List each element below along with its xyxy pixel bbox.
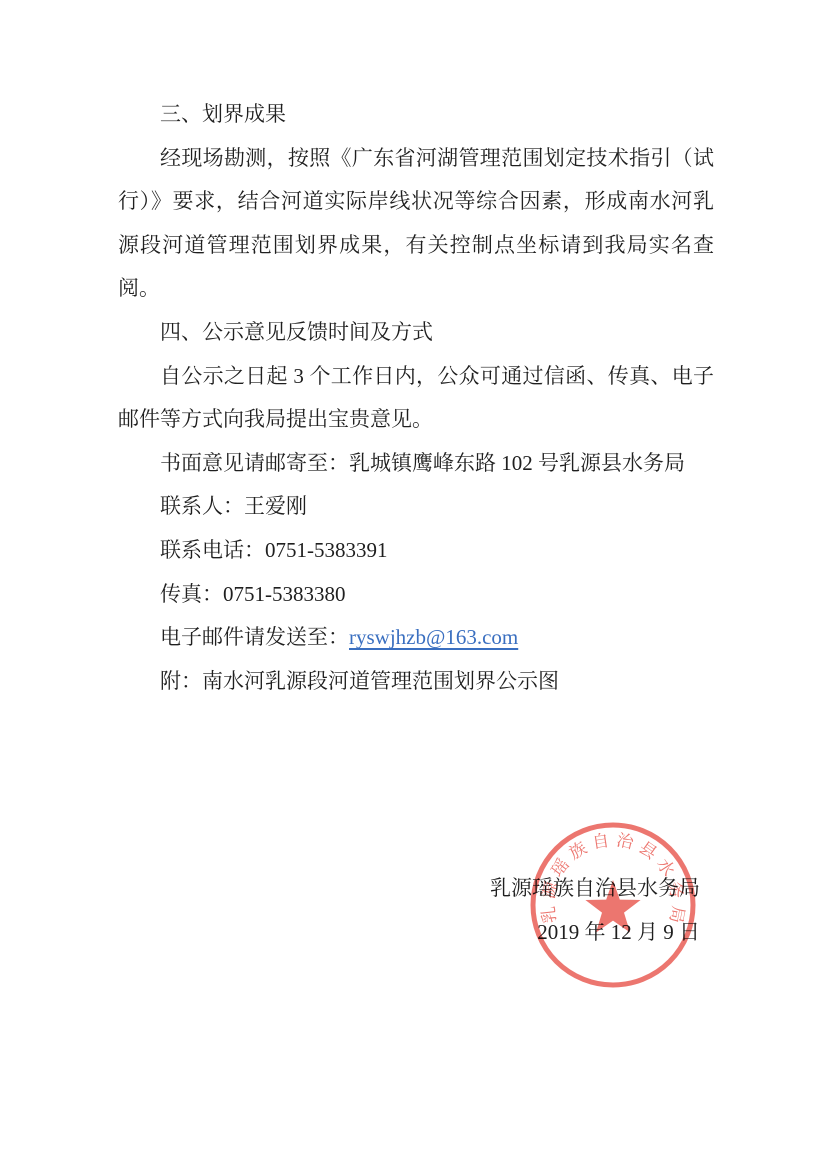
email-label: 电子邮件请发送至：	[160, 625, 349, 649]
para-email-line: 电子邮件请发送至：ryswjhzb@163.com	[118, 616, 714, 660]
section-heading-feedback-method: 四、公示意见反馈时间及方式	[118, 311, 714, 355]
section-heading-delineation-results: 三、划界成果	[118, 93, 714, 137]
para-feedback-period: 自公示之日起 3 个工作日内，公众可通过信函、传真、电子邮件等方式向我局提出宝贵…	[118, 355, 714, 442]
signature-block: 乳源瑶族自治县水务局 2019 年 12 月 9 日	[490, 866, 700, 954]
para-contact-phone: 联系电话：0751-5383391	[118, 529, 714, 573]
document-page: 三、划界成果 经现场勘测，按照《广东省河湖管理范围划定技术指引（试行）》要求，结…	[0, 0, 827, 1169]
para-survey-results: 经现场勘测，按照《广东省河湖管理范围划定技术指引（试行）》要求，结合河道实际岸线…	[118, 137, 714, 311]
para-fax-number: 传真：0751-5383380	[118, 573, 714, 617]
document-body: 三、划界成果 经现场勘测，按照《广东省河湖管理范围划定技术指引（试行）》要求，结…	[118, 93, 714, 703]
signature-date: 2019 年 12 月 9 日	[490, 910, 700, 954]
para-contact-person: 联系人：王爱刚	[118, 485, 714, 529]
para-attachment-note: 附：南水河乳源段河道管理范围划界公示图	[118, 660, 714, 704]
signature-organization: 乳源瑶族自治县水务局	[490, 866, 700, 910]
email-link[interactable]: ryswjhzb@163.com	[349, 625, 518, 649]
para-mailing-address: 书面意见请邮寄至：乳城镇鹰峰东路 102 号乳源县水务局	[118, 442, 714, 486]
